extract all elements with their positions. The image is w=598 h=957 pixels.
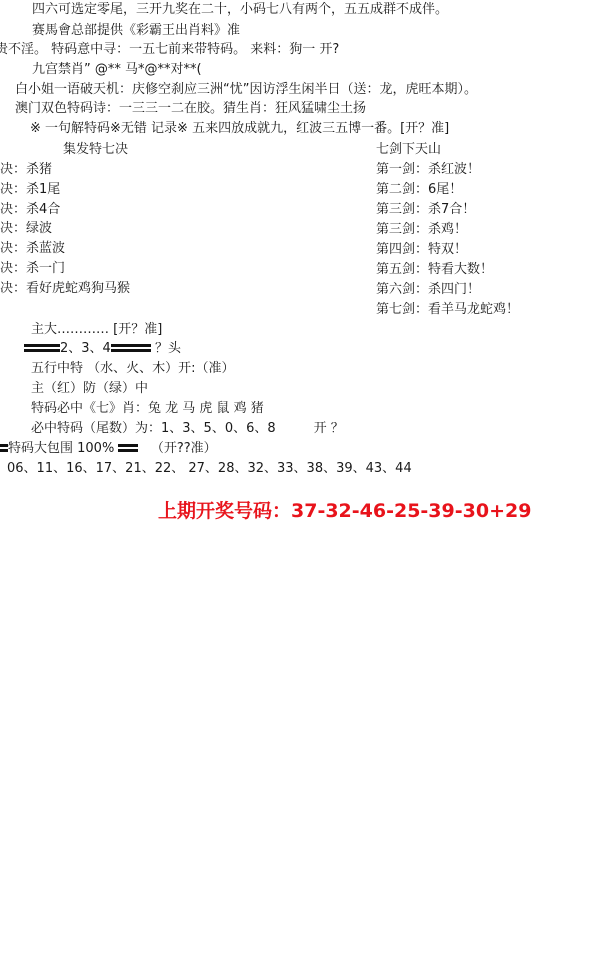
right-item-6: 第五剑：特看大数！ [376,260,493,280]
big-pack-line: 特码大包围 100% （开??准） [0,439,217,459]
left-item-1: 一决：杀猪 [0,160,52,180]
right-item-3: 第三剑：杀7合！ [376,200,475,220]
big-pack-suffix: （开??准） [151,441,217,456]
bar-decoration [118,444,138,454]
right-item-5: 第四剑：特双！ [376,240,467,260]
main-defend-line: 主（红）防（绿）中 [31,379,148,399]
left-item-3: 三决：杀4合 [0,200,60,220]
bar-decoration [0,444,8,454]
left-item-4: 四决：绿波 [0,219,52,239]
big-pack-numbers: 06、11、16、17、21、22、 27、28、32、33、38、39、43、… [7,459,412,479]
header-line-7: ※ 一句解特码※无错 记录※ 五来四放成就九，红波三五博一番。[开？准] [30,119,449,139]
header-line-3: 贵不淫。 特码意中寻：一五七前来带特码。 来料：狗一 开? [0,40,339,60]
right-item-4: 第三剑：杀鸡！ [376,220,467,240]
header-line-1: 四六可选定零尾，三开九奖在二十，小码七八有两个，五五成群不成伴。 [32,0,448,20]
left-item-5: 五决：杀蓝波 [0,239,65,259]
left-item-6: 六决：杀一门 [0,259,65,279]
last-draw-numbers: 上期开奖号码：37-32-46-25-39-30+29 [158,497,531,525]
tail-numbers: 必中特码（尾数）为：1、3、5、0、6、8 [31,421,276,436]
bar-decoration [111,344,151,354]
head-numbers: 2、3、4 [60,341,111,356]
main-big-line: 主大………… [开？准] [31,320,162,340]
left-item-7: 七决：看好虎蛇鸡狗马猴 [0,279,130,299]
header-line-6: 澳门双色特码诗：一三三一二在胶。猜生肖：狂风猛啸尘土扬 [15,99,366,119]
right-item-8: 第七剑：看羊马龙蛇鸡！ [376,300,519,320]
five-elements-line: 五行中特 （水、火、木）开:（准） [31,359,235,379]
left-column-title: 集发特七决 [63,140,128,160]
header-line-2: 赛馬會总部提供《彩霸王出肖料》准 [32,21,240,41]
right-item-1: 第一剑：杀红波！ [376,160,480,180]
right-item-2: 第二剑：6尾！ [376,180,462,200]
header-line-4: 九宫禁肖” @** 马*@**对**( [32,60,202,80]
bar-decoration [24,344,60,354]
seven-zodiac-line: 特码必中《七》肖：兔 龙 马 虎 鼠 鸡 猪 [31,399,264,419]
tail-numbers-line: 必中特码（尾数）为：1、3、5、0、6、8开 ？ [31,419,344,439]
right-column-title: 七剑下天山 [376,140,441,160]
right-item-7: 第六剑：杀四门！ [376,280,480,300]
tail-suffix: 开 ？ [314,421,344,436]
left-item-2: 二决：杀1尾 [0,180,60,200]
head-line: 2、3、4 ？头 [24,339,181,359]
head-suffix: ？头 [155,341,181,356]
big-pack-label: 特码大包围 100% [8,441,114,456]
header-line-5: 白小姐一语破天机：庆修空刹应三洲“忧”因访浮生闲半日（送：龙，虎旺本期）。 [15,80,477,100]
